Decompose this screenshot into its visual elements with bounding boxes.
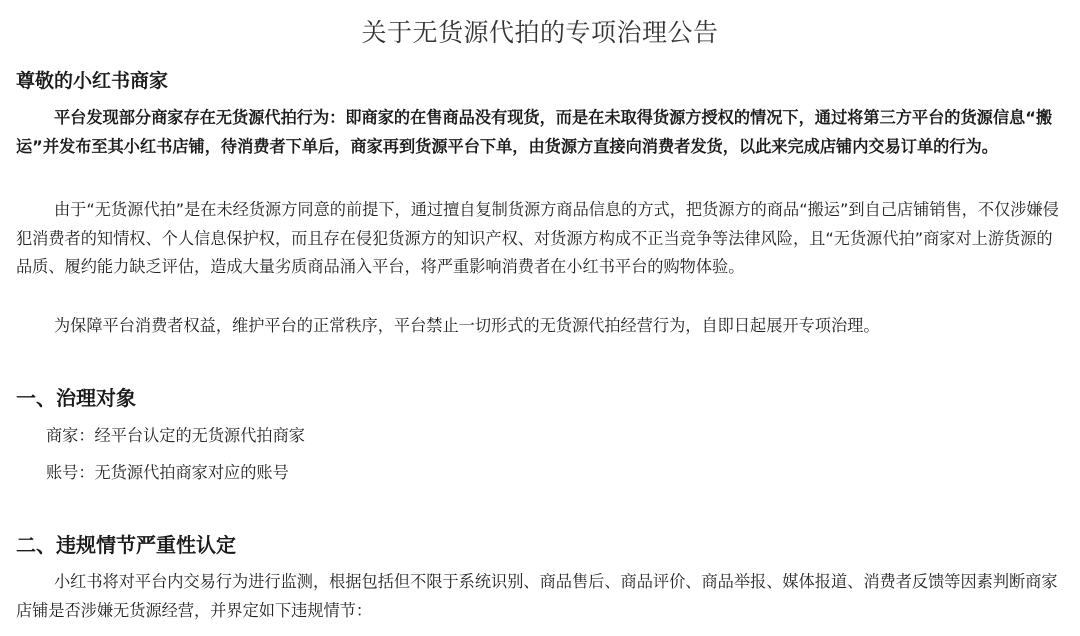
page-title: 关于无货源代拍的专项治理公告 (0, 14, 1080, 52)
policy-paragraph: 为保障平台消费者权益，维护平台的正常秩序，平台禁止一切形式的无货源代拍经营行为，… (16, 312, 1066, 341)
target-item-account: 账号：无货源代拍商家对应的账号 (46, 459, 289, 487)
reason-paragraph: 由于“无货源代拍”是在未经货源方同意的前提下，通过擅自复制货源方商品信息的方式，… (16, 196, 1066, 282)
target-item-merchant: 商家：经平台认定的无货源代拍商家 (46, 422, 305, 450)
section-heading-severity: 二、违规情节严重性认定 (16, 530, 236, 560)
section-heading-targets: 一、治理对象 (16, 383, 136, 413)
announcement-page: 关于无货源代拍的专项治理公告 尊敬的小红书商家 平台发现部分商家存在无货源代拍行… (0, 0, 1080, 636)
greeting: 尊敬的小红书商家 (16, 66, 168, 96)
severity-paragraph: 小红书将对平台内交易行为进行监测，根据包括但不限于系统识别、商品售后、商品评价、… (16, 568, 1066, 625)
intro-paragraph: 平台发现部分商家存在无货源代拍行为：即商家的在售商品没有现货，而是在未取得货源方… (16, 104, 1066, 161)
